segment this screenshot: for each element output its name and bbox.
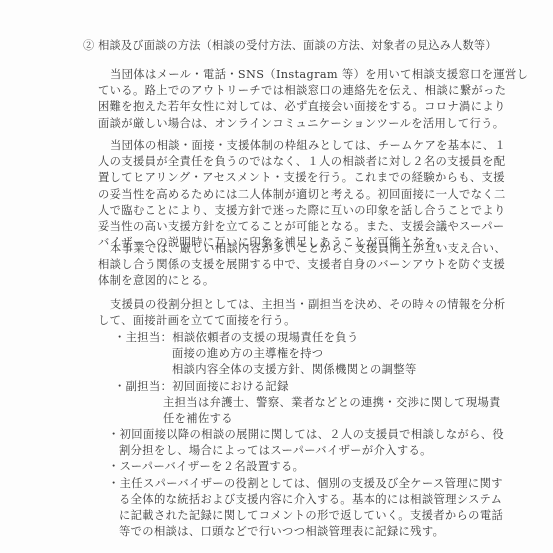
- section-heading: ② 相談及び面談の方法（相談の受付方法、面談の方法、対象者の見込み人数等）: [83, 38, 497, 54]
- bullet-item: ・初回面接以降の相談の展開に関しては、２人の支援員で相談しながら、役: [108, 427, 493, 443]
- text-line: 相談し合う関係の支援を展開する中で、支援者自身のバーンアウトを防ぐ支援: [98, 257, 488, 273]
- paragraph-burnout-prevention: 本事業では、厳しい相談内容が多いことから、支援員同士が互い支え合い、 相談し合う…: [98, 241, 488, 290]
- bullet-item-cont: る全体的な統括および支援内容に介入する。基本的には相談管理システム: [108, 492, 493, 508]
- text-line: 困難を抱えた若年女性に対しては、必ず直接会い面接をする。コロナ渦により: [98, 99, 488, 115]
- role-duty: 相談依頼者の支援の現場責任を負う: [172, 331, 358, 344]
- text-line: 本事業では、厳しい相談内容が多いことから、支援員同士が互い支え合い、: [98, 241, 488, 257]
- text-line: 当団体の相談・面接・支援体制の枠組みとしては、チームケアを基本に、１: [98, 138, 488, 154]
- text-line: ている。路上でのアウトリーチでは相談窓口の連絡先を伝え、相談に繋がった: [98, 83, 488, 99]
- text-line: 面談が厳しい場合は、オンラインコミュニケーションツールを活用して行う。: [98, 116, 488, 132]
- role-duty: 相談内容全体の支援方針、関係機関との調整等: [108, 362, 493, 378]
- document-page: ② 相談及び面談の方法（相談の受付方法、面談の方法、対象者の見込み人数等） 当団…: [0, 0, 553, 553]
- text-line: 支援員の役割分担としては、主担当・副担当を決め、その時々の情報を分析: [98, 297, 488, 313]
- text-line: 置してヒアリング・アセスメント・支援を行う。これまでの経験からも、支援: [98, 170, 488, 186]
- bullet-item-cont: 等での相談は、口頭などで行いつつ相談管理表に記録に残す。: [108, 524, 493, 540]
- bullet-item: ・スーパーバイザーを２名設置する。: [108, 459, 493, 475]
- role-label: ・副担当：: [114, 380, 172, 393]
- text-line: の妥当性を高めるためには二人体制が適切と考える。初回面接に一人でなく二: [98, 187, 488, 203]
- paragraph-role-division: 支援員の役割分担としては、主担当・副担当を決め、その時々の情報を分析 して、面接…: [98, 297, 488, 329]
- bullet-item-cont: 割分担をし、場合によってはスーパーバイザーが介入する。: [108, 443, 493, 459]
- text-line: 体制を意図的にとる。: [98, 273, 488, 289]
- role-sub: ・副担当：初回面接における記録: [108, 379, 493, 395]
- paragraph-support-framework: 当団体の相談・面接・支援体制の枠組みとしては、チームケアを基本に、１ 人の支援員…: [98, 138, 488, 251]
- role-duty: 初回面接における記録: [172, 380, 288, 393]
- role-duty: 主担当は弁護士、警察、業者などとの連携・交渉に関して現場責: [108, 395, 493, 411]
- role-duty: 任を補佐する: [108, 411, 493, 427]
- roles-list: ・主担当：相談依頼者の支援の現場責任を負う 面接の進め方の主導権を持つ 相談内容…: [108, 330, 493, 427]
- bullet-item: ・主任スパーバイザーの役割としては、個別の支援及び全ケース管理に関す: [108, 476, 493, 492]
- text-line: 当団体はメール・電話・SNS（Instagram 等）を用いて相談支援窓口を運営…: [98, 67, 488, 83]
- role-duty: 面接の進め方の主導権を持つ: [108, 346, 493, 362]
- bullet-list: ・初回面接以降の相談の展開に関しては、２人の支援員で相談しながら、役 割分担をし…: [108, 427, 493, 540]
- role-main: ・主担当：相談依頼者の支援の現場責任を負う: [108, 330, 493, 346]
- text-line: 妥当性の高い支援方針を立てることが可能となる。また、支援会議やスーパー: [98, 219, 488, 235]
- paragraph-contact-methods: 当団体はメール・電話・SNS（Instagram 等）を用いて相談支援窓口を運営…: [98, 67, 488, 132]
- bullet-item-cont: に記載された記録に関してコメントの形で返していく。支援者からの電話: [108, 508, 493, 524]
- text-line: 人で臨むことにより、支援方針で迷った際に互いの印象を話し合うことでより: [98, 203, 488, 219]
- text-line: して、面接計画を立てて面接を行う。: [98, 313, 488, 329]
- role-label: ・主担当：: [114, 331, 172, 344]
- text-line: 人の支援員が全責任を負うのではなく、１人の相談者に対し２名の支援員を配: [98, 154, 488, 170]
